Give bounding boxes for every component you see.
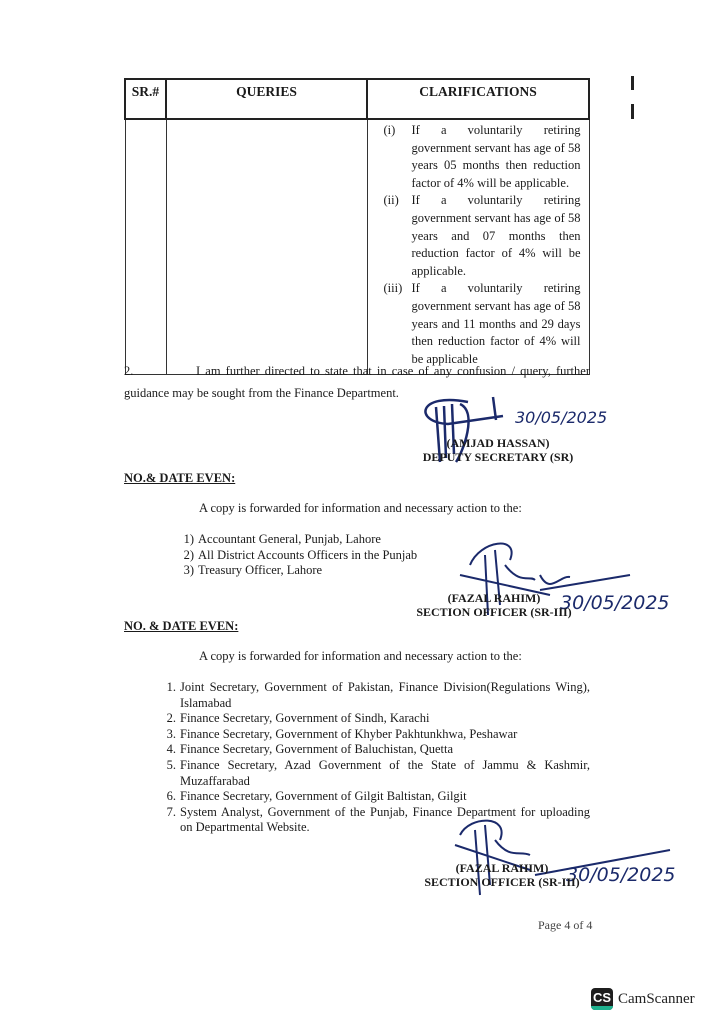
cell-sr — [125, 119, 166, 375]
signatory-title: DEPUTY SECRETARY (SR) — [398, 450, 598, 464]
signature-scribble — [440, 815, 680, 905]
signature-block-section-officer: (FAZAL RAHIM) SECTION OFFICER (SR-III) — [412, 861, 592, 889]
endorsement-heading: NO. & DATE EVEN: — [124, 619, 238, 634]
distribution-list: 1)Accountant General, Punjab, Lahore 2)A… — [176, 532, 456, 579]
cell-clarifications: (i) If a voluntarily retiring government… — [367, 119, 589, 375]
header-sr: SR.# — [125, 79, 166, 119]
signatory-name: (FAZAL RAHIM) — [412, 861, 592, 875]
list-item: 1.Joint Secretary, Government of Pakista… — [158, 680, 590, 711]
clarification-item: (i) If a voluntarily retiring government… — [374, 122, 581, 192]
signatory-name: (AMJAD HASSAN) — [398, 436, 598, 450]
paragraph-number: 2. — [124, 360, 196, 382]
list-item: 6.Finance Secretary, Government of Gilgi… — [158, 789, 590, 805]
signatory-title: SECTION OFFICER (SR-III) — [412, 875, 592, 889]
endorsement-intro: A copy is forwarded for information and … — [199, 497, 522, 519]
list-item: 5.Finance Secretary, Azad Government of … — [158, 758, 590, 789]
list-item: 4.Finance Secretary, Government of Baluc… — [158, 742, 590, 758]
signature-block-section-officer: (FAZAL RAHIM) SECTION OFFICER (SR-III) — [404, 591, 584, 619]
queries-table: SR.# QUERIES CLARIFICATIONS (i) If a vol… — [124, 78, 590, 375]
margin-mark — [631, 104, 634, 119]
clarification-item: (ii) If a voluntarily retiring governmen… — [374, 192, 581, 280]
margin-mark — [631, 76, 634, 90]
clarification-item: (iii) If a voluntarily retiring governme… — [374, 280, 581, 368]
header-queries: QUERIES — [166, 79, 367, 119]
endorsement-intro: A copy is forwarded for information and … — [199, 645, 522, 667]
list-item: 1)Accountant General, Punjab, Lahore — [176, 532, 456, 548]
header-clarifications: CLARIFICATIONS — [367, 79, 589, 119]
camscanner-watermark: CS CamScanner — [591, 988, 695, 1010]
distribution-list: 1.Joint Secretary, Government of Pakista… — [158, 680, 590, 836]
list-item: 2)All District Accounts Officers in the … — [176, 548, 456, 564]
handwritten-date: 30/05/2025 — [515, 408, 607, 427]
signatory-title: SECTION OFFICER (SR-III) — [404, 605, 584, 619]
signatory-name: (FAZAL RAHIM) — [404, 591, 584, 605]
signature-block-deputy-secretary: (AMJAD HASSAN) DEPUTY SECRETARY (SR) — [398, 436, 598, 464]
list-item: 3)Treasury Officer, Lahore — [176, 563, 456, 579]
table-row: (i) If a voluntarily retiring government… — [125, 119, 589, 375]
list-item: 2.Finance Secretary, Government of Sindh… — [158, 711, 590, 727]
camscanner-brand: CamScanner — [618, 991, 695, 1008]
list-item: 3.Finance Secretary, Government of Khybe… — [158, 727, 590, 743]
camscanner-logo-icon: CS — [591, 988, 613, 1010]
cell-query — [166, 119, 367, 375]
page-number: Page 4 of 4 — [538, 918, 592, 933]
endorsement-heading: NO.& DATE EVEN: — [124, 471, 235, 486]
